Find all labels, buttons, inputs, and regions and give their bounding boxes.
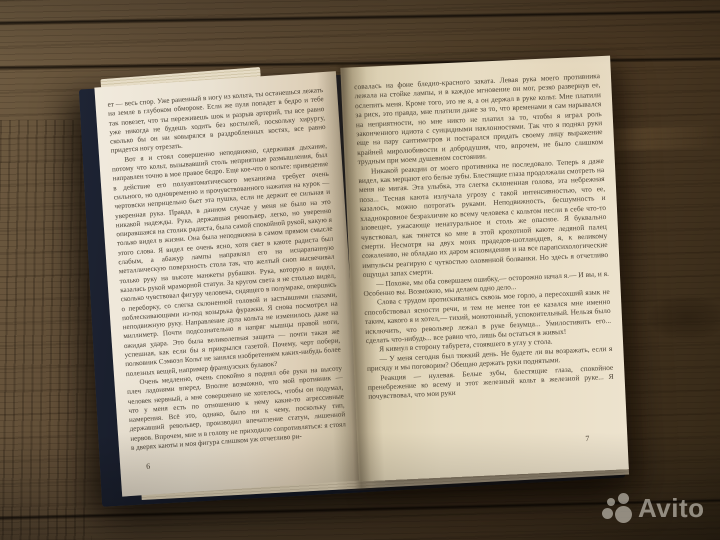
wood-knot xyxy=(648,295,720,341)
avito-dots-icon xyxy=(602,492,632,523)
page-text-left: ет — весь спор. Уже раненный в ногу из к… xyxy=(107,86,347,453)
avito-watermark: Avito xyxy=(602,492,705,523)
book-page-right: совалась на фоне бледно-красного заката.… xyxy=(340,56,629,482)
avito-dot xyxy=(618,493,629,504)
page-text-right: совалась на фоне бледно-красного заката.… xyxy=(354,71,614,402)
avito-dot xyxy=(602,508,613,519)
open-book: ет — весь спор. Уже раненный в ногу из к… xyxy=(76,46,652,517)
wood-grain-vertical xyxy=(0,120,92,540)
page-paragraph: Вот я и стоял совершенно неподвижно, сде… xyxy=(111,142,342,379)
avito-wordmark: Avito xyxy=(638,495,705,521)
page-number-right: 7 xyxy=(585,434,589,443)
book-page-left: ет — весь спор. Уже раненный в ногу из к… xyxy=(94,71,363,497)
page-paragraph: Очень медленно, очень спокойно я поднял … xyxy=(126,364,347,453)
wood-plank-gap xyxy=(0,9,720,26)
avito-dot xyxy=(615,506,632,523)
photo-scene: ет — весь спор. Уже раненный в ногу из к… xyxy=(0,0,720,540)
page-number-left: 6 xyxy=(146,462,151,471)
avito-dot xyxy=(607,498,615,506)
page-paragraph: совалась на фоне бледно-красного заката.… xyxy=(354,71,604,167)
page-paragraph: Никакой реакции от моего противника не п… xyxy=(358,156,609,280)
